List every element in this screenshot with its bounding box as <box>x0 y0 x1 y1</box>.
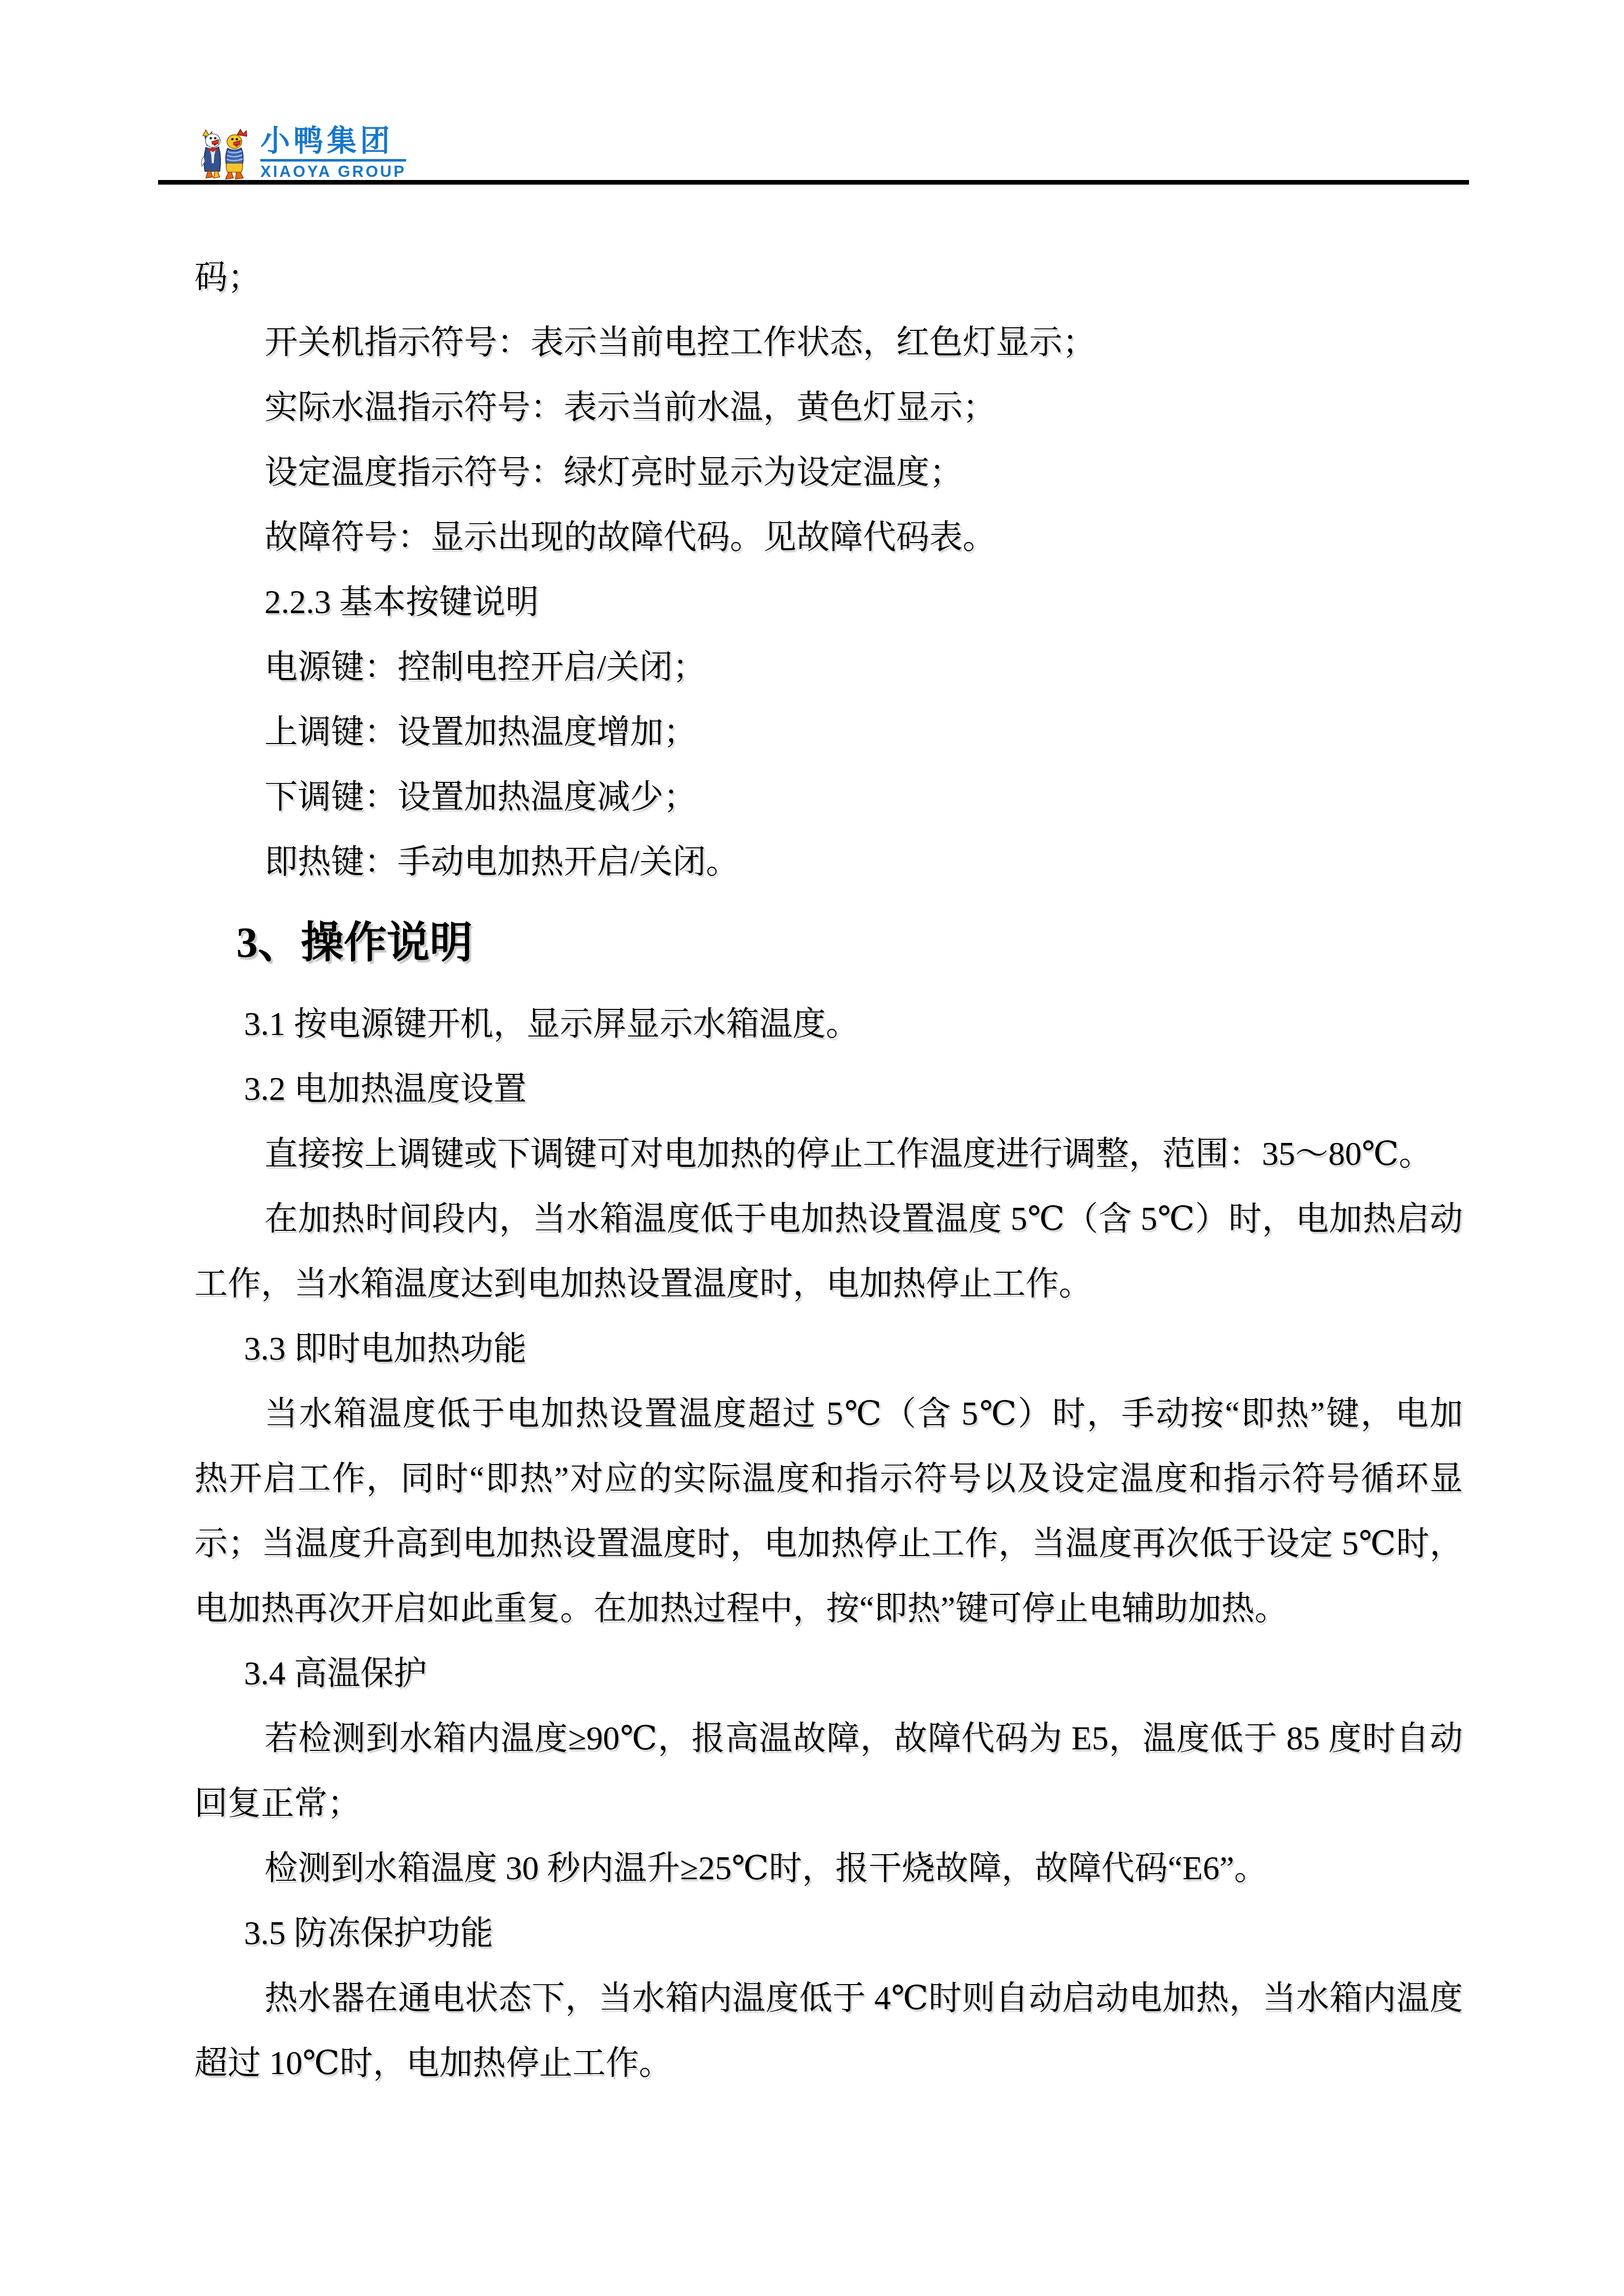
text-line: 上调键：设置加热温度增加； <box>194 700 1463 765</box>
text-line: 示；当温度升高到电加热设置温度时，电加热停止工作，当温度再次低于设定 5℃时， <box>194 1512 1463 1577</box>
text-line: 在加热时间段内，当水箱温度低于电加热设置温度 5℃（含 5℃）时，电加热启动 <box>194 1187 1463 1252</box>
text-line: 3.2 电加热温度设置 <box>194 1057 1463 1122</box>
text-line: 码； <box>194 245 1463 310</box>
text-line: 电加热再次开启如此重复。在加热过程中，按“即热”键可停止电辅助加热。 <box>194 1577 1463 1641</box>
text-line: 下调键：设置加热温度减少； <box>194 765 1463 830</box>
content: 码；开关机指示符号：表示当前电控工作状态，红色灯显示；实际水温指示符号：表示当前… <box>194 245 1463 2096</box>
text-line: 当水箱温度低于电加热设置温度超过 5℃（含 5℃）时，手动按“即热”键，电加 <box>194 1382 1463 1447</box>
text-line: 热开启工作，同时“即热”对应的实际温度和指示符号以及设定温度和指示符号循环显 <box>194 1447 1463 1512</box>
text-line: 工作，当水箱温度达到电加热设置温度时，电加热停止工作。 <box>194 1252 1463 1317</box>
brand-name-cn: 小鸭集团 <box>260 126 406 156</box>
text-line: 热水器在通电状态下，当水箱内温度低于 4℃时则自动启动电加热，当水箱内温度 <box>194 1966 1463 2031</box>
text-line: 即热键：手动电加热开启/关闭。 <box>194 830 1463 895</box>
document-page: 小鸭集团 XIAOYA GROUP 码；开关机指示符号：表示当前电控工作状态，红… <box>0 0 1624 2296</box>
text-line: 3.5 防冻保护功能 <box>194 1901 1463 1966</box>
section-heading: 3、操作说明 <box>194 895 1463 992</box>
xiaoya-logo: 小鸭集团 XIAOYA GROUP <box>196 129 406 180</box>
text-line: 直接按上调键或下调键可对电加热的停止工作温度进行调整，范围：35～80℃。 <box>194 1122 1463 1187</box>
text-line: 超过 10℃时，电加热停止工作。 <box>194 2031 1463 2096</box>
brand-name-en: XIAOYA GROUP <box>260 163 406 180</box>
ducks-mascot-icon <box>196 129 255 180</box>
text-line: 检测到水箱温度 30 秒内温升≥25℃时，报干烧故障，故障代码“E6”。 <box>194 1836 1463 1901</box>
text-line: 若检测到水箱内温度≥90℃，报高温故障，故障代码为 E5，温度低于 85 度时自… <box>194 1706 1463 1771</box>
text-line: 3.4 高温保护 <box>194 1641 1463 1706</box>
text-line: 电源键：控制电控开启/关闭； <box>194 635 1463 700</box>
text-line: 回复正常； <box>194 1771 1463 1836</box>
text-line: 3.1 按电源键开机，显示屏显示水箱温度。 <box>194 992 1463 1057</box>
text-line: 设定温度指示符号：绿灯亮时显示为设定温度； <box>194 440 1463 505</box>
text-line: 故障符号：显示出现的故障代码。见故障代码表。 <box>194 505 1463 570</box>
text-line: 开关机指示符号：表示当前电控工作状态，红色灯显示； <box>194 310 1463 375</box>
header-rule <box>158 180 1469 185</box>
brand-text-block: 小鸭集团 XIAOYA GROUP <box>260 126 406 180</box>
text-line: 2.2.3 基本按键说明 <box>194 570 1463 635</box>
brand-underline <box>260 159 406 162</box>
text-line: 实际水温指示符号：表示当前水温，黄色灯显示； <box>194 375 1463 440</box>
text-line: 3.3 即时电加热功能 <box>194 1317 1463 1382</box>
